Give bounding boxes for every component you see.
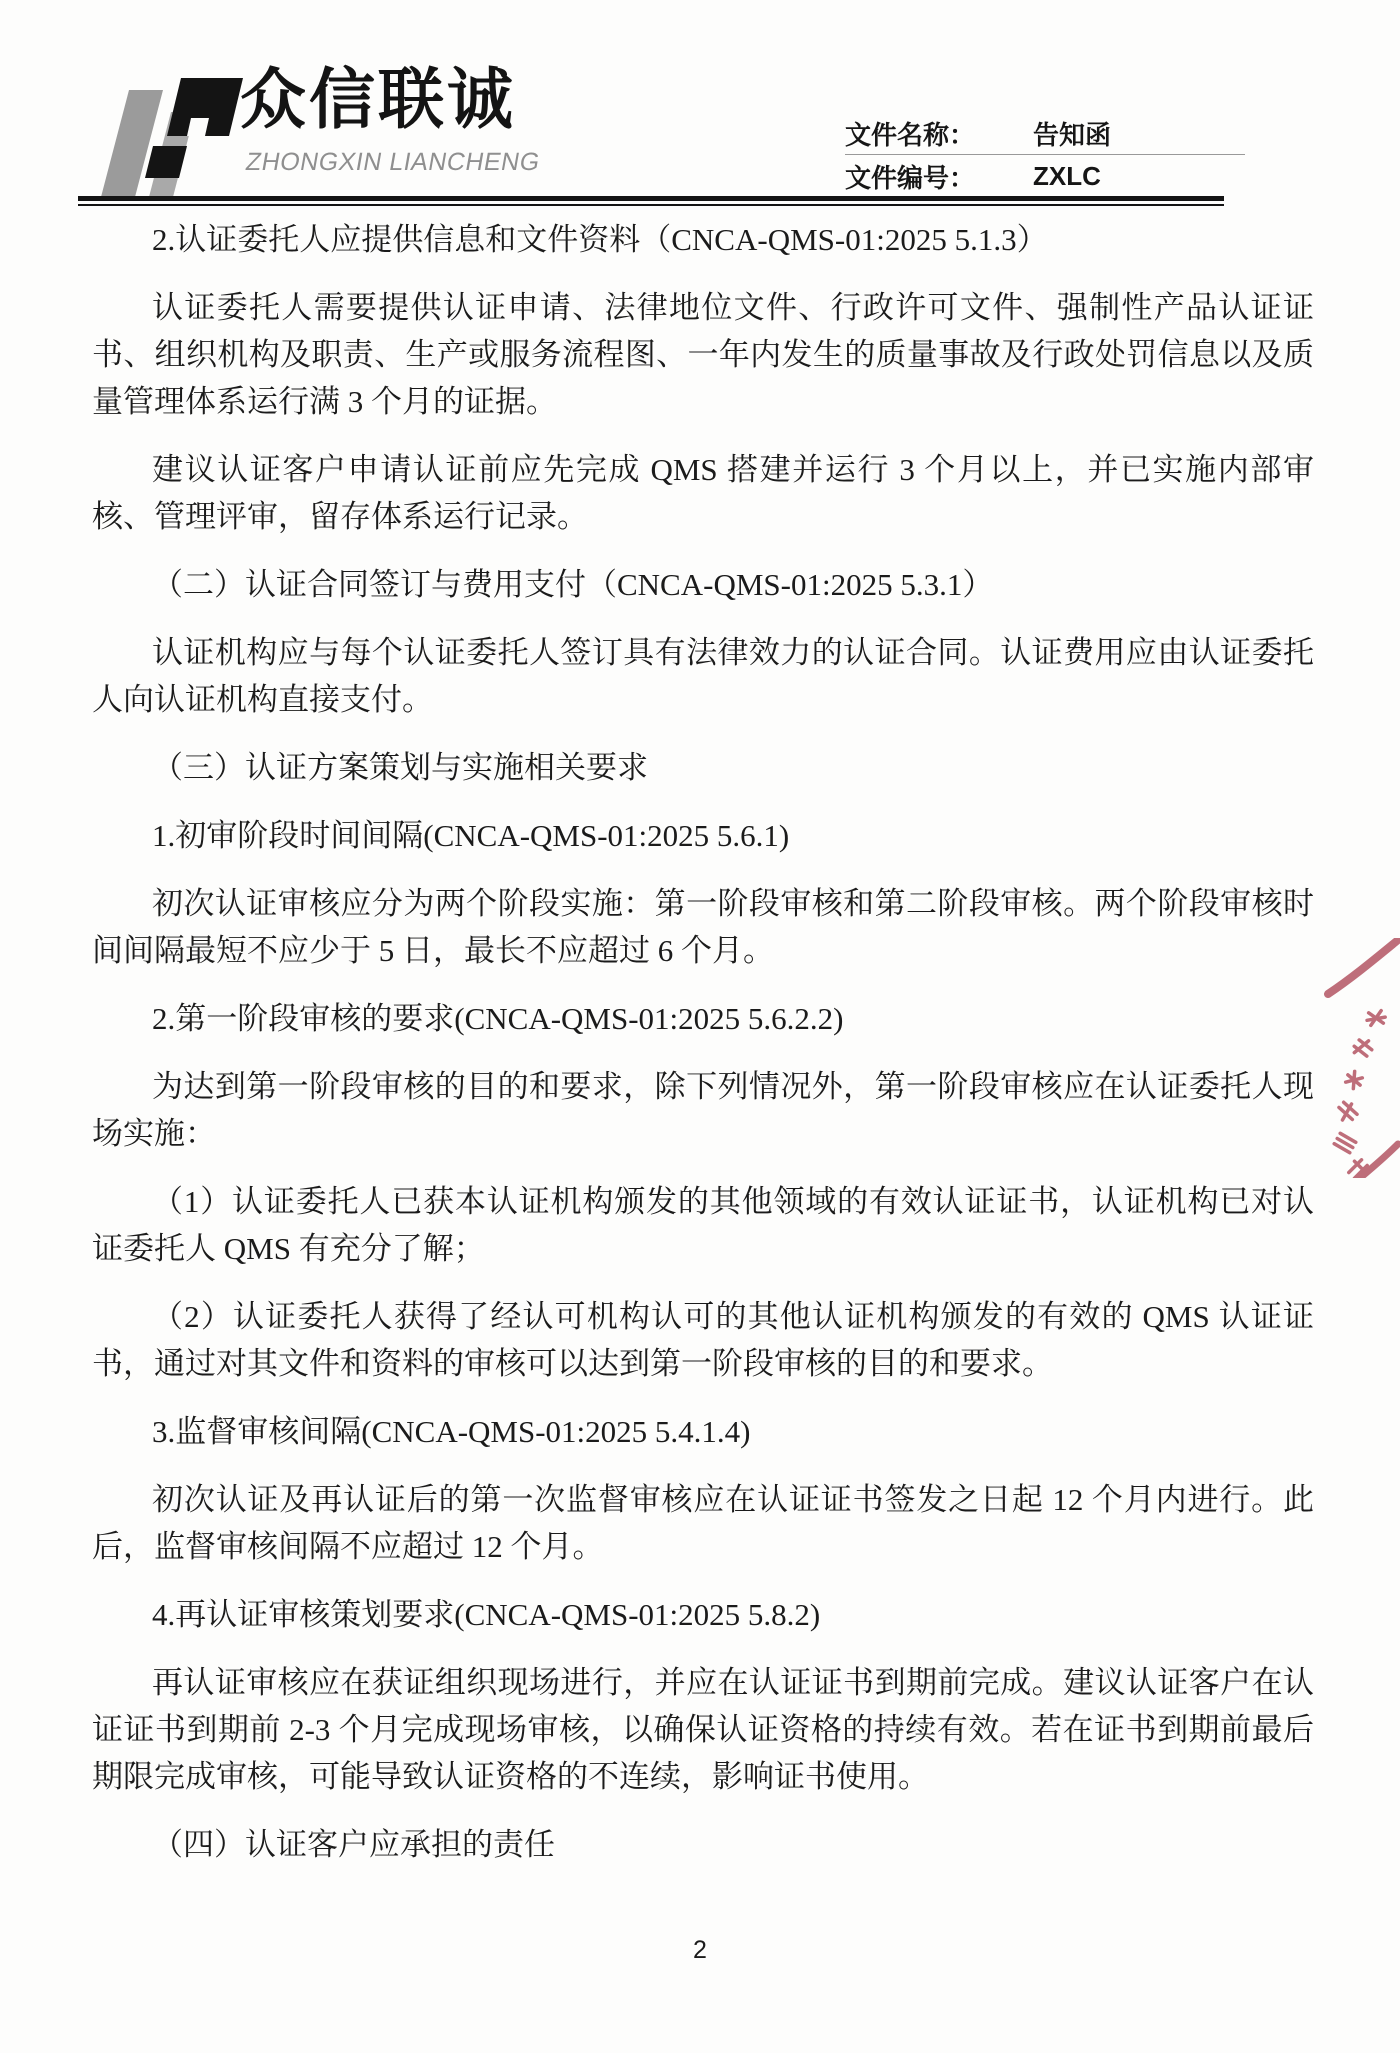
document-name-label: 文件名称： <box>845 115 995 152</box>
paragraph: （四）认证客户应承担的责任 <box>92 1821 1314 1868</box>
document-page: 众信联诚 ZHONGXIN LIANCHENG 文件名称： 告知函 文件编号： … <box>0 0 1400 2053</box>
document-name-value: 告知函 <box>1033 115 1111 152</box>
paragraph: （1）认证委托人已获本认证机构颁发的其他领域的有效认证证书，认证机构已对认证委托… <box>92 1178 1314 1272</box>
paragraph: 认证机构应与每个认证委托人签订具有法律效力的认证合同。认证费用应由认证委托人向认… <box>92 629 1314 723</box>
paragraph: （三）认证方案策划与实施相关要求 <box>92 744 1314 791</box>
document-number-label: 文件编号： <box>845 158 995 195</box>
paragraph: 建议认证客户申请认证前应先完成 QMS 搭建并运行 3 个月以上，并已实施内部审… <box>92 446 1314 540</box>
page-number: 2 <box>0 1936 1400 1965</box>
paragraph: 为达到第一阶段审核的目的和要求，除下列情况外，第一阶段审核应在认证委托人现场实施… <box>92 1063 1314 1157</box>
document-number-row: 文件编号： ZXLC <box>845 154 1245 197</box>
document-info-table: 文件名称： 告知函 文件编号： ZXLC <box>845 112 1245 197</box>
document-body: 2.认证委托人应提供信息和文件资料（CNCA-QMS-01:2025 5.1.3… <box>92 216 1314 1889</box>
paragraph: 2.第一阶段审核的要求(CNCA-QMS-01:2025 5.6.2.2) <box>92 995 1314 1042</box>
paragraph: 4.再认证审核策划要求(CNCA-QMS-01:2025 5.8.2) <box>92 1591 1314 1638</box>
document-number-value: ZXLC <box>1033 161 1101 192</box>
document-name-row: 文件名称： 告知函 <box>845 112 1245 154</box>
paragraph: 1.初审阶段时间间隔(CNCA-QMS-01:2025 5.6.1) <box>92 812 1314 859</box>
paragraph: 3.监督审核间隔(CNCA-QMS-01:2025 5.4.1.4) <box>92 1408 1314 1455</box>
paragraph: （2）认证委托人获得了经认可机构认可的其他认证机构颁发的有效的 QMS 认证证书… <box>92 1293 1314 1387</box>
paragraph: （二）认证合同签订与费用支付（CNCA-QMS-01:2025 5.3.1） <box>92 561 1314 608</box>
paragraph: 初次认证及再认证后的第一次监督审核应在认证证书签发之日起 12 个月内进行。此后… <box>92 1476 1314 1570</box>
paragraph: 再认证审核应在获证组织现场进行，并应在认证证书到期前完成。建议认证客户在认证证书… <box>92 1659 1314 1800</box>
header-divider-thick <box>78 196 1224 201</box>
red-company-seal-stamp <box>1324 938 1400 1178</box>
company-name-cn: 众信联诚 <box>240 66 516 132</box>
company-name-en: ZHONGXIN LIANCHENG <box>244 150 542 175</box>
header-divider-thin <box>78 204 1224 206</box>
paragraph: 初次认证审核应分为两个阶段实施：第一阶段审核和第二阶段审核。两个阶段审核时间间隔… <box>92 880 1314 974</box>
paragraph: 2.认证委托人应提供信息和文件资料（CNCA-QMS-01:2025 5.1.3… <box>92 216 1314 263</box>
paragraph: 认证委托人需要提供认证申请、法律地位文件、行政许可文件、强制性产品认证证书、组织… <box>92 284 1314 425</box>
company-logo-icon <box>95 62 245 202</box>
